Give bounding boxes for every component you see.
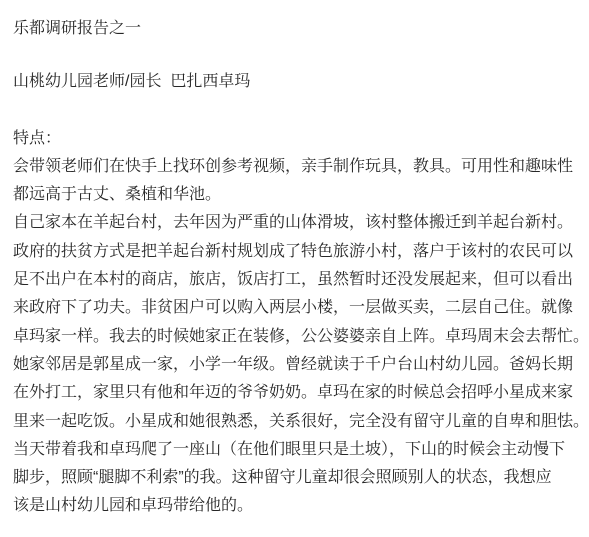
report-subtitle: 山桃幼儿园老师/园长 巴扎西卓玛 <box>13 68 589 96</box>
report-document: 乐都调研报告之一 山桃幼儿园老师/园长 巴扎西卓玛 特点： 会带领老师们在快手上… <box>0 0 589 521</box>
report-body: 特点： 会带领老师们在快手上找环创参考视频，亲手制作玩具，教具。可用性和趣味性 … <box>13 125 589 521</box>
body-line: 在外打工，家里只有他和年迈的爷爷奶奶。卓玛在家的时候总会招呼小星成来家 <box>13 379 589 407</box>
body-line: 政府的扶贫方式是把羊起台新村规划成了特色旅游小村，落户于该村的农民可以 <box>13 238 589 266</box>
report-title: 乐都调研报告之一 <box>13 15 589 43</box>
body-line: 脚步，照顾“腿脚不利索”的我。这种留守儿童却很会照顾别人的状态，我想应 <box>13 464 589 492</box>
body-line: 卓玛家一样。我去的时候她家正在装修，公公婆婆亲自上阵。卓玛周末会去帮忙。 <box>13 323 589 351</box>
body-line: 她家邻居是郭星成一家，小学一年级。曾经就读于千户台山村幼儿园。爸妈长期 <box>13 351 589 379</box>
section-label: 特点： <box>13 125 589 153</box>
body-line: 会带领老师们在快手上找环创参考视频，亲手制作玩具，教具。可用性和趣味性 <box>13 153 589 181</box>
body-line: 都远高于古丈、桑植和华池。 <box>13 181 589 209</box>
body-line: 当天带着我和卓玛爬了一座山（在他们眼里只是土坡），下山的时候会主动慢下 <box>13 436 589 464</box>
body-line: 里来一起吃饭。小星成和她很熟悉，关系很好，完全没有留守儿童的自卑和胆怯。 <box>13 408 589 436</box>
body-line: 该是山村幼儿园和卓玛带给他的。 <box>13 492 589 520</box>
body-line: 自己家本在羊起台村，去年因为严重的山体滑坡，该村整体搬迁到羊起台新村。 <box>13 209 589 237</box>
body-line: 来政府下了功夫。非贫困户可以购入两层小楼，一层做买卖，二层自己住。就像 <box>13 294 589 322</box>
body-line: 足不出户在本村的商店，旅店，饭店打工，虽然暂时还没发展起来，但可以看出 <box>13 266 589 294</box>
